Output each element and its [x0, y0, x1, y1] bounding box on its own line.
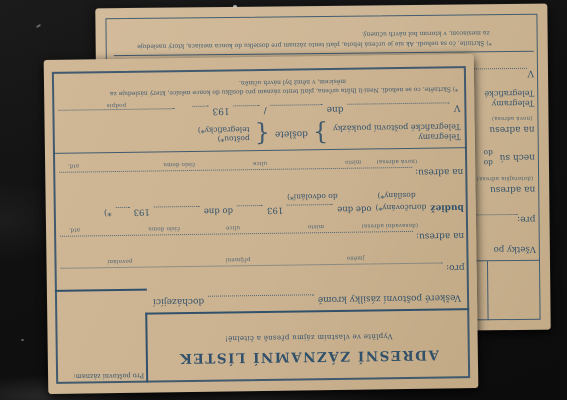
forward-year-b: 193	[134, 207, 150, 217]
address-old-label: na adresu:	[416, 230, 464, 241]
address-old-col-housenumber: číslo domu	[148, 225, 180, 231]
form-subtitle: Vyplňte ve vlastním zájmu přesně a čitel…	[148, 331, 470, 343]
back-forward-verb-fragment: nech sú	[500, 152, 535, 162]
forward-verb: budiež	[430, 202, 464, 212]
front-footnote-line2: měsícem, v němž byl návrh učiněn.	[239, 77, 346, 87]
date-year-label: 193	[212, 105, 229, 115]
back-pre-label: pre:	[517, 214, 536, 224]
dust-speck	[233, 5, 237, 8]
back-address-old-caption: (doterajšia adresa)	[477, 175, 533, 182]
back-all-mail-fragment: Všetky po	[494, 244, 536, 254]
address-new-caption: (nová adresa)	[376, 158, 417, 165]
telegrams-option-post: poštou*)	[198, 134, 250, 144]
back-telegrams-line2-fragment: Telegrafické	[484, 89, 534, 99]
date-dne-label: dne	[327, 104, 344, 114]
front-card-content: ADRESNÍ ZÁZNAMNÍ LÍSTEK Vyplňte ve vlast…	[44, 54, 479, 394]
forward-to-dotted-line	[154, 206, 200, 216]
address-new-col-street: ulice	[253, 160, 267, 166]
address-old-col-place: místo	[308, 223, 324, 229]
date-slash: /	[264, 105, 267, 115]
back-address-old-label: na adresu	[490, 184, 535, 194]
forward-from-dotted-line	[287, 204, 333, 214]
back-address-new-caption: (nová adresa)	[492, 115, 533, 121]
address-new-label: na adresu:	[415, 166, 463, 177]
back-place-label: V	[527, 68, 534, 78]
pro-label: pro:	[446, 262, 465, 272]
signature-dotted-line	[58, 108, 174, 120]
date-day-dotted-line	[271, 104, 323, 114]
back-forward-option-b-fragment: do	[483, 148, 492, 157]
date-place-label: V	[454, 102, 461, 112]
address-old-col-etc: atd.	[68, 227, 80, 233]
date-month-dotted-line	[234, 105, 260, 114]
telegrams-right-brace: }	[313, 122, 329, 144]
pro-caption-name: jméno	[346, 255, 364, 261]
telegrams-line2: Telegrafické poštovní poukázky	[333, 121, 461, 133]
all-mail-dotted-line	[208, 294, 314, 304]
back-forward-option-a-fragment: do	[484, 158, 493, 167]
forward-year-a-dotted-line	[237, 205, 263, 214]
address-new-col-housenumber: číslo domu	[163, 161, 195, 167]
telegrams-line1: Telegramy	[333, 131, 461, 143]
forward-year-b-dotted-line	[116, 207, 130, 216]
address-new-col-etc: atd.	[68, 163, 80, 169]
dust-speck-small	[21, 339, 24, 341]
postal-record-box: Pro poštovní záznam:	[55, 289, 148, 384]
pro-caption-surname: příjmení	[225, 256, 250, 262]
forward-to-label: do dne	[204, 205, 233, 215]
address-old-col-street: ulice	[226, 224, 240, 230]
forward-footnote-star: *)	[104, 207, 112, 217]
form-title: ADRESNÍ ZÁZNAMNÍ LÍSTEK	[148, 346, 470, 366]
telegrams-option-telegraph: telegraficky*)	[198, 125, 250, 135]
title-box: ADRESNÍ ZÁZNAMNÍ LÍSTEK Vyplňte ve vlast…	[145, 308, 470, 383]
telegrams-left-brace: {	[255, 123, 271, 145]
photo-of-postal-forms: { "scene": { "background_color": "#14141…	[0, 0, 567, 400]
date-place-dotted-line	[347, 102, 449, 112]
all-mail-pre-label: Veškeré poštovní zásilky kromě	[318, 292, 461, 304]
pro-caption-occupation: povolání	[107, 258, 132, 264]
address-old-caption: (dosavadní adresa)	[361, 222, 418, 229]
telegrams-verb: došlete	[275, 128, 308, 138]
address-new-col-place: místo	[345, 159, 361, 165]
forward-from-label: ode dne	[337, 203, 371, 213]
postal-record-box-label: Pro poštovní záznam:	[56, 372, 148, 384]
forward-until-revoked-label: do odvolání*)	[287, 192, 338, 202]
front-form-card: ADRESNÍ ZÁZNAMNÍ LÍSTEK Vyplňte ve vlast…	[44, 54, 479, 394]
all-mail-post-label: docházející	[153, 296, 204, 307]
forward-year-a: 193	[267, 205, 283, 215]
back-telegrams-line1-fragment: Telegramy	[492, 99, 535, 108]
back-footnote-line2: za mesiacom, v ktorom bol návrh učinený.	[362, 28, 490, 37]
date-year-dotted-line	[192, 106, 208, 115]
forward-option-forwarded: dosílány*)	[377, 191, 415, 201]
forward-option-delivered: doručovány*)	[375, 203, 426, 213]
back-address-new-label: na adresu	[489, 124, 534, 134]
